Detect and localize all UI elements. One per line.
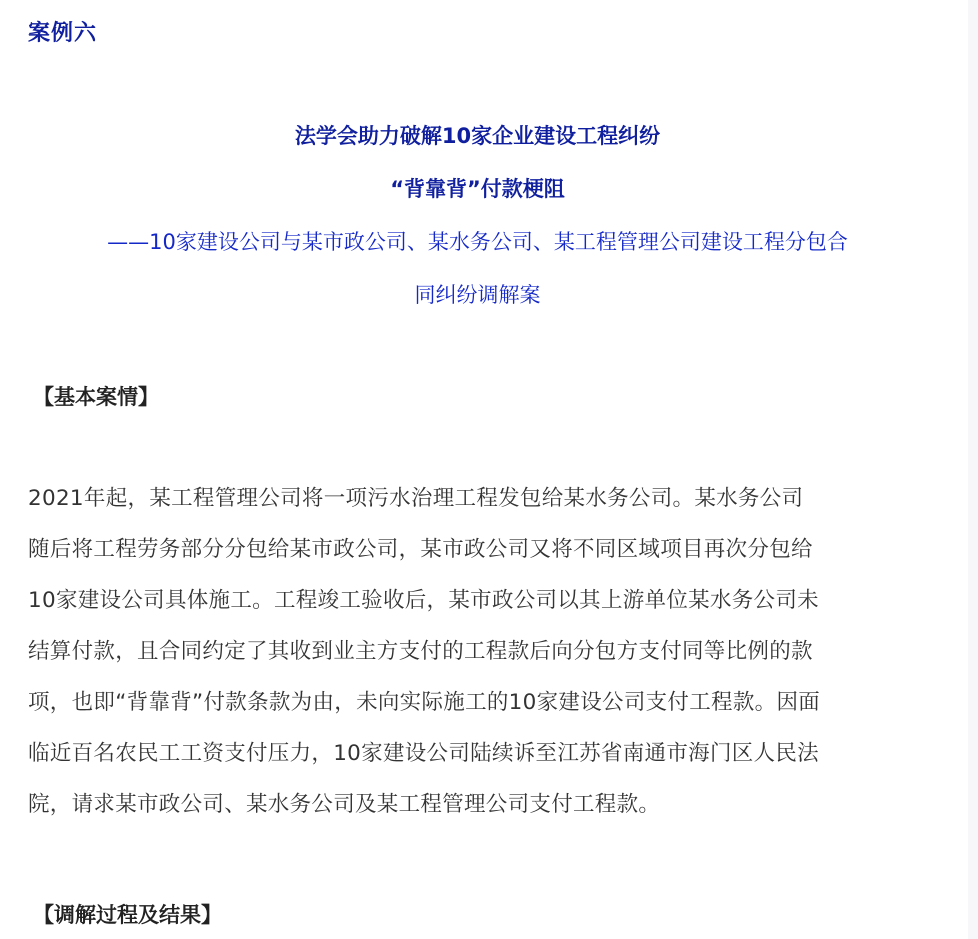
- case-label: 案例六: [28, 16, 97, 47]
- article-title: 法学会助力破解10家企业建设工程纠纷: [0, 120, 955, 150]
- article-page: 案例六 法学会助力破解10家企业建设工程纠纷 “背靠背”付款梗阻 ——10家建设…: [0, 0, 978, 939]
- body-paragraph-line: 10家建设公司具体施工。工程竣工验收后，某市政公司以其上游单位某水务公司未: [28, 583, 819, 614]
- body-paragraph-line: 院，请求某市政公司、某水务公司及某工程管理公司支付工程款。: [28, 787, 660, 818]
- article-subtitle-line-2: 同纠纷调解案: [0, 279, 955, 309]
- body-paragraph-line: 2021年起，某工程管理公司将一项污水治理工程发包给某水务公司。某水务公司: [28, 481, 803, 512]
- body-paragraph-line: 结算付款，且合同约定了其收到业主方支付的工程款后向分包方支付同等比例的款: [28, 634, 813, 665]
- article-subtitle-line-1: ——10家建设公司与某市政公司、某水务公司、某工程管理公司建设工程分包合: [0, 226, 955, 256]
- section-heading-basic-facts: 【基本案情】: [33, 381, 159, 411]
- article-title-sub: “背靠背”付款梗阻: [0, 173, 955, 203]
- body-paragraph-line: 临近百名农民工工资支付压力，10家建设公司陆续诉至江苏省南通市海门区人民法: [28, 736, 819, 767]
- body-paragraph-line: 随后将工程劳务部分分包给某市政公司，某市政公司又将不同区域项目再次分包给: [28, 532, 813, 563]
- body-paragraph-line: 项，也即“背靠背”付款条款为由，未向实际施工的10家建设公司支付工程款。因面: [28, 685, 820, 716]
- section-heading-mediation-process: 【调解过程及结果】: [33, 899, 222, 929]
- page-right-edge: [968, 0, 978, 939]
